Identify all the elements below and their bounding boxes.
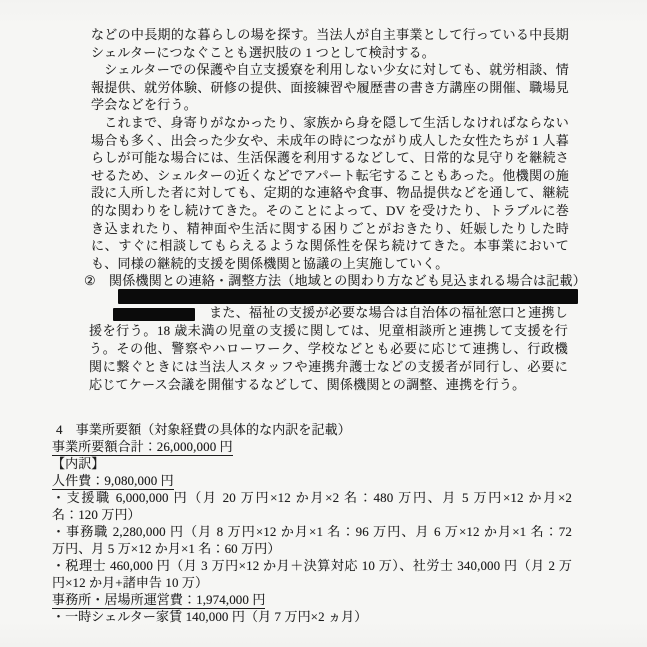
text-line: も、同様の継続的支援を関係機関と協議の上実施していく。: [91, 255, 569, 273]
text-line: せるため、シェルターの近くなどでアパート転宅することもあった。他機関の施: [91, 167, 569, 185]
breakdown-label: 【内訳】: [52, 455, 572, 472]
text-line: 学会などを行う。: [91, 96, 569, 114]
item2-marker: ②: [84, 272, 98, 290]
item2-heading: 関係機関との連絡・調整方法（地域との関わり方なども見込まれる場合は記載）: [109, 272, 586, 290]
budget-item-line: ・事務職 2,280,000 円（月 8 万円×12 か月×1 名：96 万円、…: [52, 523, 572, 540]
text-line: 援を行う。18 歳未満の児童の支援に関しては、児童相談所と連携して支援を行: [89, 322, 568, 340]
office-heading: 事務所・居場所運営費：1,974,000 円: [52, 592, 265, 609]
office-heading-line: 事務所・居場所運営費：1,974,000 円: [52, 591, 572, 608]
text-line: 応じてケース会議を開催するなどして、関係機関との調整、連携を行う。: [89, 376, 568, 394]
text-line: 報提供、就労体験、研修の提供、面接練習や履歴書の書き方講座の開催、職場見: [91, 79, 569, 97]
personnel-heading: 人件費：9,080,000 円: [52, 473, 174, 490]
text-line: 場合も多く、出会った少女や、未成年の時につながり成人した女性たちが 1 人暮: [91, 132, 569, 150]
section4-total-line: 事業所要額合計：26,000,000 円: [52, 438, 572, 455]
text-line: 設に入所した者に対しても、定期的な連絡や食事、物品提供などを通して、継続: [91, 184, 569, 202]
redaction-bar-full: [118, 289, 578, 304]
budget-item-line: 名：120 万円）: [52, 506, 572, 523]
text-line: シェルターでの保護や自立支援寮を利用しない少女に対しても、就労相談、情: [91, 61, 569, 79]
section4-budget-block: 4 事業所要額（対象経費の具体的な内訳を記載） 事業所要額合計：26,000,0…: [52, 421, 572, 625]
text-line: 関に繋ぐときには当法人スタッフや連携弁護士などの支援者が同行し、必要に: [89, 358, 568, 376]
item2-section: ② 関係機関との連絡・調整方法（地域との関わり方なども見込まれる場合は記載） ま…: [84, 272, 578, 290]
text-line: らしが可能な場合には、生活保護を利用するなどして、日常的な見守りを継続さ: [91, 149, 569, 167]
text-line: これまで、身寄りがなかったり、家族から身を隠して生活しなければならない: [91, 114, 569, 132]
text-line: シェルターにつなぐことも選択肢の 1 つとして検討する。: [91, 44, 569, 62]
budget-item-line: ・税理士 460,000 円（月 3 万円×12 か月＋決算対応 10 万）、社…: [52, 557, 572, 574]
text-line-with-redaction: また、福祉の支援が必要な場合は自治体の福祉窓口と連携して支: [113, 304, 568, 322]
budget-item-line: 万円、月 5 万×12 か月×1 名：60 万円）: [52, 540, 572, 557]
budget-item-line: ・一時シェルター家賃 140,000 円（月 7 万円×2 ヵ月）: [52, 608, 572, 625]
budget-item-line: 円×12 か月+諸申告 10 万）: [52, 574, 572, 591]
text-line: き込まれたり、精神面や生活に関する困りごとがおきたり、妊娠したりした時: [91, 220, 569, 238]
text-line: う。その他、警察やハローワーク、学校などとも必要に応じて連携し、行政機: [89, 340, 568, 358]
budget-item-line: ・支援職 6,000,000 円（月 20 万円×12 か月×2 名：480 万…: [52, 489, 572, 506]
section4-heading: 4 事業所要額（対象経費の具体的な内訳を記載）: [52, 421, 572, 438]
text-line: などの中長期的な暮らしの場を探す。当法人が自主事業として行っている中長期: [91, 26, 569, 44]
text-line: に、すぐに相談してもらえるような関係性を保ち続けてきた。本事業において: [91, 237, 569, 255]
top-paragraphs-block: などの中長期的な暮らしの場を探す。当法人が自主事業として行っている中長期 シェル…: [91, 26, 569, 272]
redaction-bar-partial: [113, 308, 195, 321]
item2-heading-row: ② 関係機関との連絡・調整方法（地域との関わり方なども見込まれる場合は記載）: [84, 272, 578, 290]
personnel-heading-line: 人件費：9,080,000 円: [52, 472, 572, 489]
text-line: 的な関わりをし続けてきた。そのことによって、DV を受けたり、トラブルに巻: [91, 202, 569, 220]
scanned-document-page: などの中長期的な暮らしの場を探す。当法人が自主事業として行っている中長期 シェル…: [0, 0, 647, 647]
section4-total: 事業所要額合計：26,000,000 円: [52, 439, 233, 456]
